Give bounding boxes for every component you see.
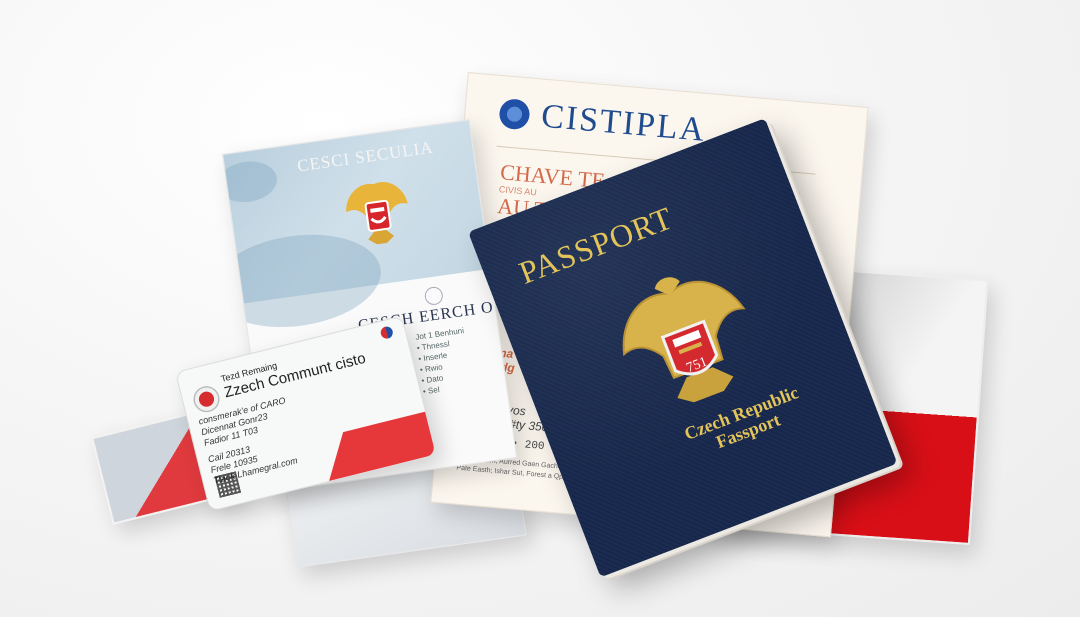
seal-icon (498, 98, 531, 131)
eagle-crest-icon (338, 169, 419, 263)
document-brand: CISTIPLA (540, 98, 708, 150)
card-logo-icon (191, 383, 223, 415)
document-bullets: Jot 1 Benhuni • Thnessl • Inserle • Rwio… (415, 325, 473, 397)
seal-icon (424, 286, 444, 306)
flag-badge-icon (379, 325, 394, 340)
